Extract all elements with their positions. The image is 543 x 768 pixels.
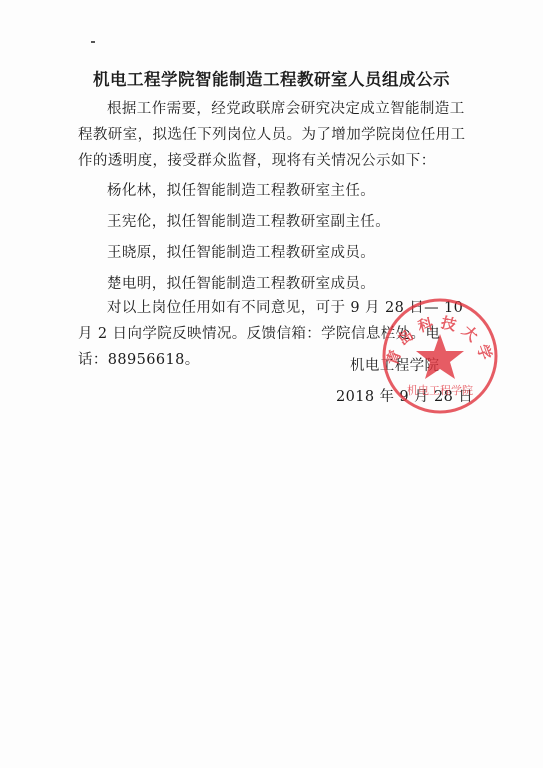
document-page: 机电工程学院智能制造工程教研室人员组成公示 根据工作需要，经党政联席会研究决定成…: [0, 0, 543, 768]
document-title: 机电工程学院智能制造工程教研室人员组成公示: [0, 66, 543, 90]
appointment-item: 王晓原，拟任智能制造工程教研室成员。: [107, 240, 390, 271]
intro-text: 根据工作需要，经党政联席会研究决定成立智能制造工程教研室，拟选任下列岗位人员。为…: [78, 96, 468, 174]
scan-speck: [91, 41, 95, 43]
appointment-list: 杨化林，拟任智能制造工程教研室主任。 王宪伦，拟任智能制造工程教研室副主任。 王…: [107, 178, 390, 302]
intro-paragraph: 根据工作需要，经党政联席会研究决定成立智能制造工程教研室，拟选任下列岗位人员。为…: [78, 96, 468, 174]
appointment-item: 杨化林，拟任智能制造工程教研室主任。: [107, 178, 390, 209]
signature-organization: 机电工程学院: [350, 354, 439, 375]
signature-date: 2018 年 9 月 28 日: [336, 385, 473, 406]
appointment-item: 王宪伦，拟任智能制造工程教研室副主任。: [107, 209, 390, 240]
